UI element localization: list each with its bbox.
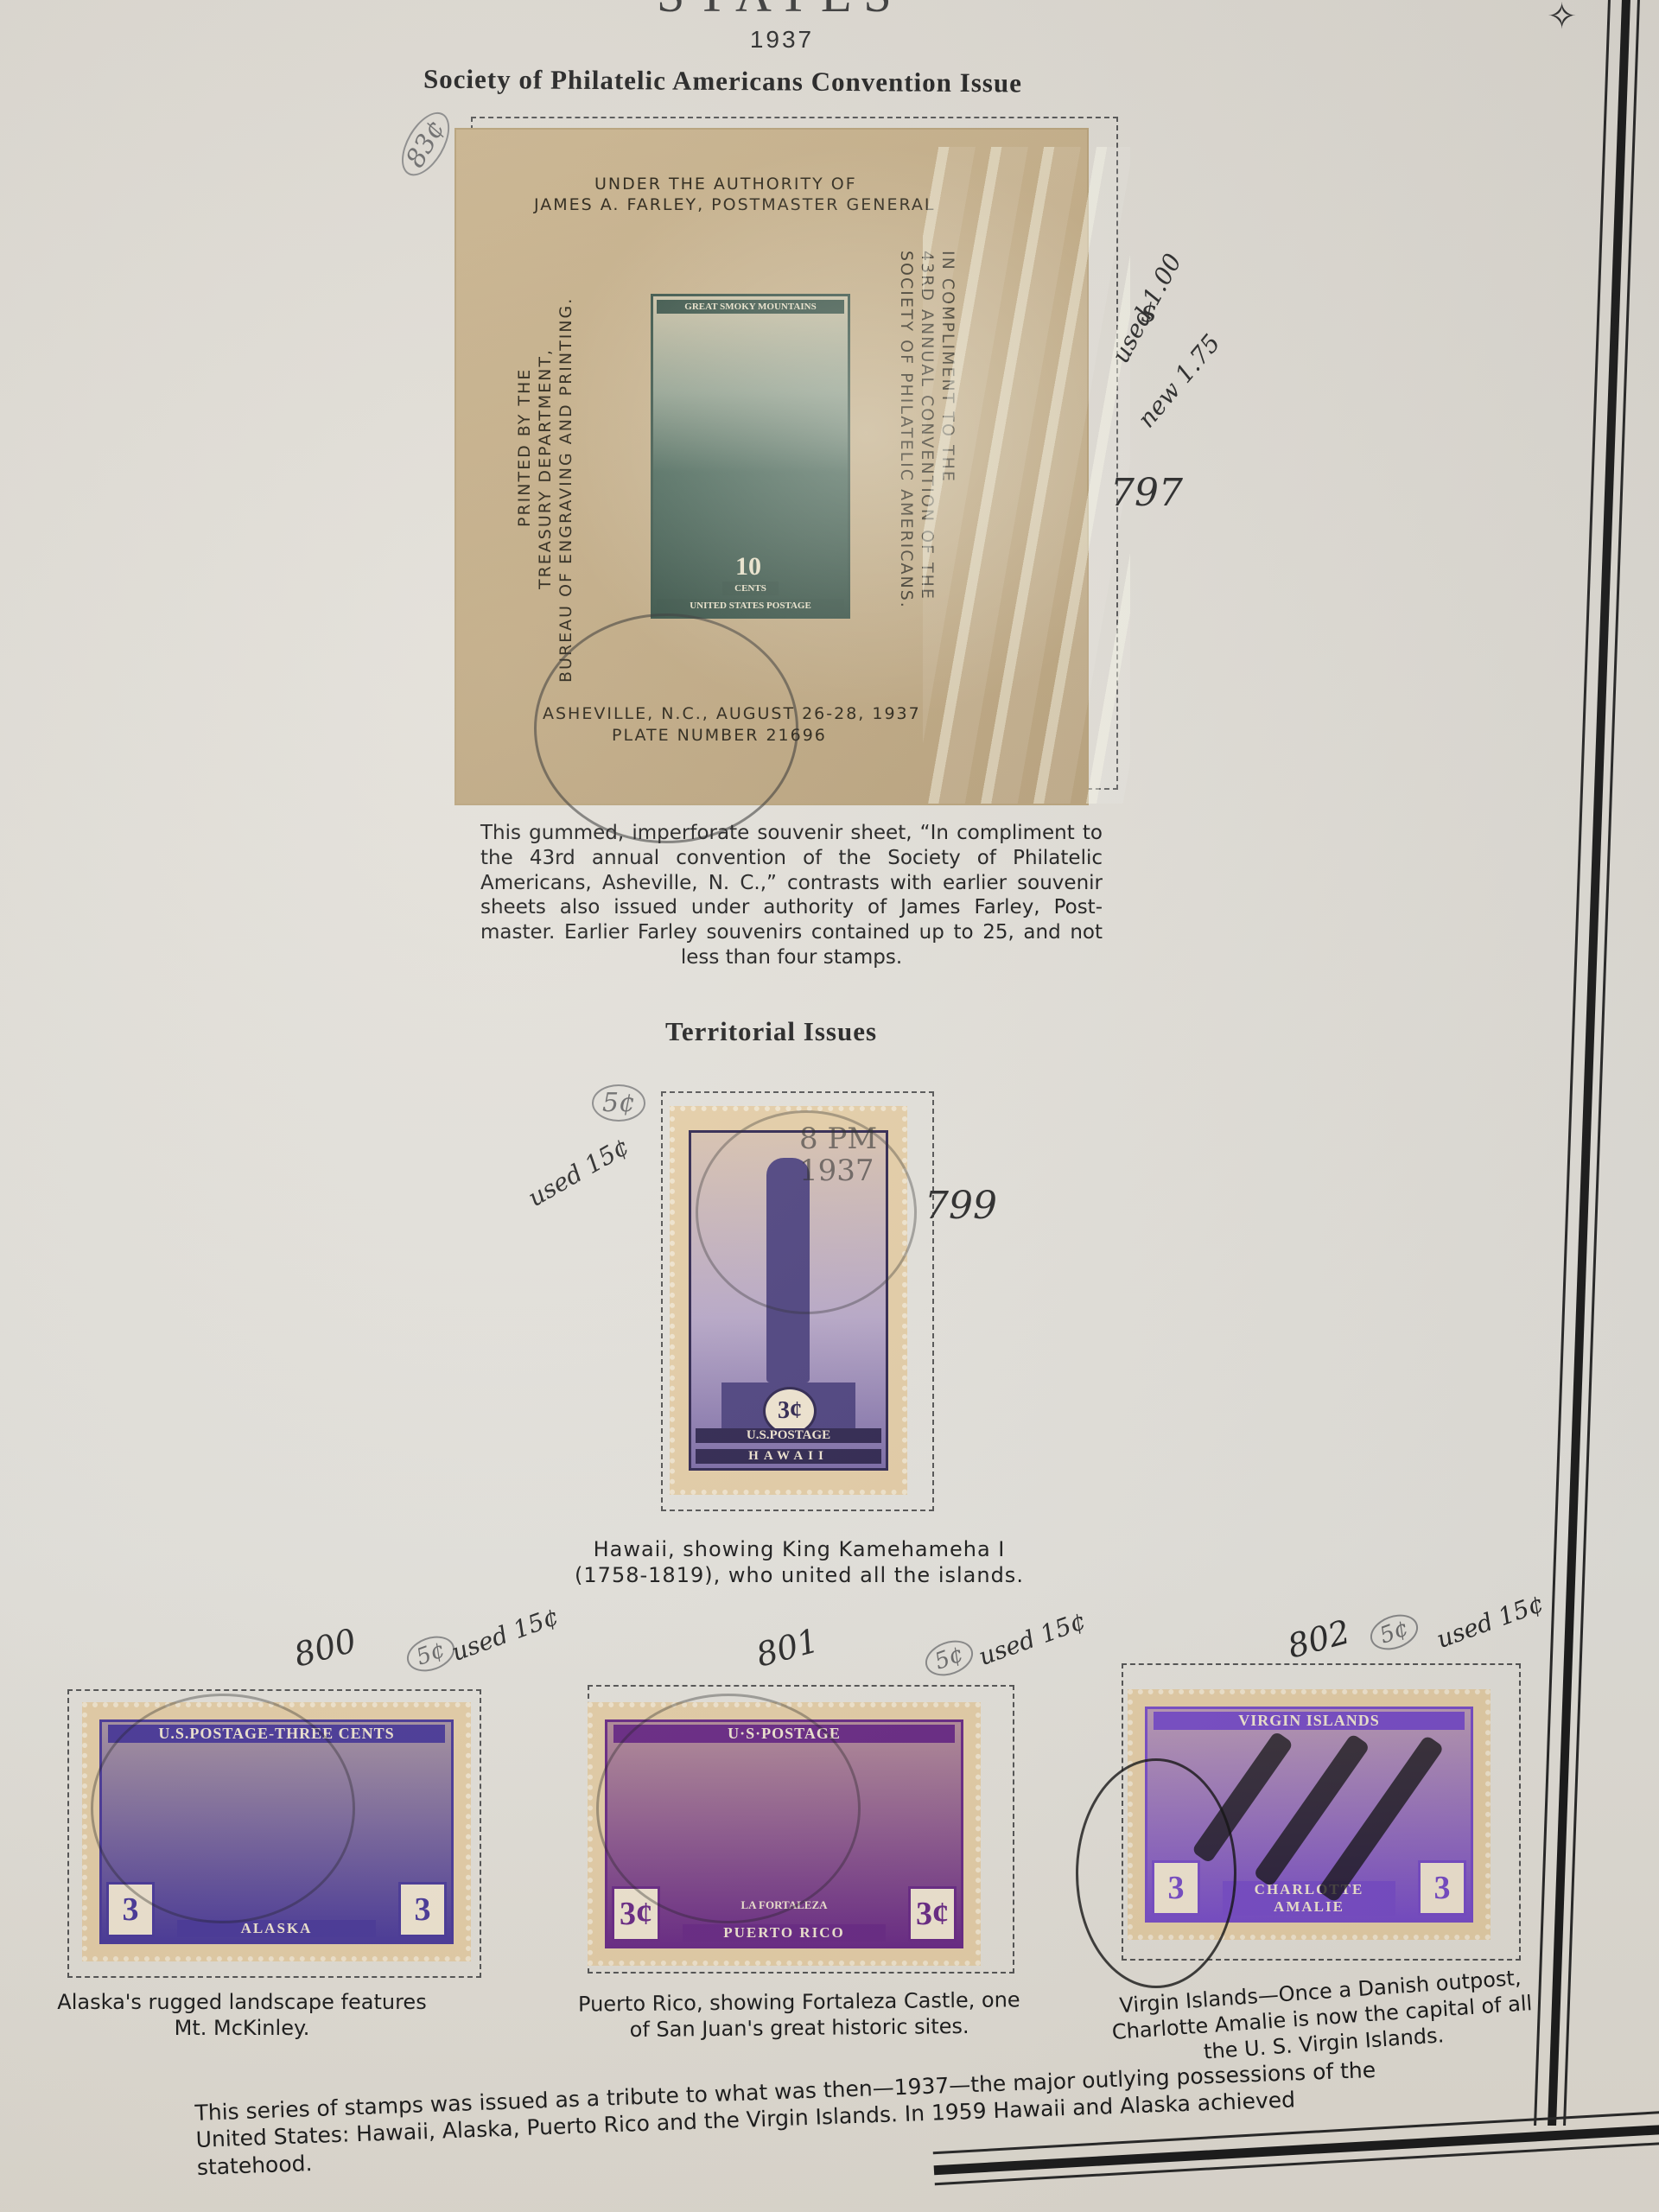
virgin-islands-stamp[interactable]: VIRGIN ISLANDS CHARLOTTE AMALIE 3 3 — [1128, 1689, 1491, 1940]
virgin-islands-top-label: VIRGIN ISLANDS — [1154, 1712, 1465, 1730]
alaska-caption: Alaska's rugged landscape features Mt. M… — [52, 1989, 432, 2041]
catalog-number-799: 799 — [925, 1184, 997, 1228]
hawaii-caption: Hawaii, showing King Kamehameha I (1758-… — [575, 1536, 1024, 1588]
souvenir-sheet[interactable]: UNDER THE AUTHORITY OF JAMES A. FARLEY, … — [456, 130, 1087, 804]
catalog-number-797: 797 — [1110, 471, 1183, 515]
page-header-partial: STATES — [657, 0, 904, 23]
handwritten-new-value: new 1.75 — [1132, 329, 1226, 434]
hawaii-label-postage: U.S.POSTAGE — [696, 1428, 881, 1443]
catalog-number-puerto-rico: 801 — [753, 1621, 823, 1674]
hawaii-stamp[interactable]: 3¢ U.S.POSTAGE HAWAII 8 PM 1937 — [670, 1106, 907, 1495]
catalog-number-alaska: 800 — [290, 1621, 360, 1674]
puerto-rico-denom-right: 3¢ — [908, 1886, 957, 1942]
virgin-islands-denom-right: 3 — [1418, 1860, 1466, 1916]
alaska-stamp[interactable]: U.S.POSTAGE-THREE CENTS ALASKA 3 3 — [82, 1702, 471, 1961]
pencil-note-puerto-rico: 5¢ — [920, 1634, 978, 1681]
catalog-number-virgin-islands: 802 — [1284, 1612, 1354, 1665]
handwritten-value-virgin-islands: used 15¢ — [1433, 1589, 1548, 1654]
pencil-note-virgin-islands: 5¢ — [1365, 1608, 1423, 1656]
hawaii-label-name: HAWAII — [696, 1449, 881, 1464]
section-title-spa-convention: Society of Philatelic Americans Conventi… — [423, 64, 1022, 99]
souvenir-sheet-description: This gummed, imperforate souvenir sheet,… — [480, 821, 1103, 970]
puerto-rico-caption: Puerto Rico, showing Fortaleza Castle, o… — [566, 1986, 1033, 2044]
handwritten-value-puerto-rico: used 15¢ — [975, 1606, 1090, 1671]
handwritten-value-alaska: used 15¢ — [448, 1602, 563, 1667]
page-border-right — [1564, 0, 1616, 2126]
handwritten-value-hawaii: used 15¢ — [523, 1132, 633, 1212]
page-year: 1937 — [0, 26, 1564, 54]
pencil-note-sheet: 83¢ — [392, 105, 460, 184]
section-title-territorial: Territorial Issues — [665, 1016, 877, 1047]
pencil-note-hawaii: 5¢ — [592, 1084, 645, 1122]
virgin-islands-bottom-label: CHARLOTTE AMALIE — [1223, 1881, 1395, 1916]
alaska-denom-right: 3 — [398, 1882, 447, 1937]
pencil-note-alaska: 5¢ — [402, 1630, 460, 1677]
album-page: STATES ✧ 1937 Society of Philatelic Amer… — [0, 0, 1659, 2212]
puerto-rico-bottom-label: PUERTO RICO — [683, 1924, 886, 1942]
puerto-rico-stamp[interactable]: U·S·POSTAGE LA FORTALEZA PUERTO RICO 3¢ … — [588, 1702, 981, 1966]
